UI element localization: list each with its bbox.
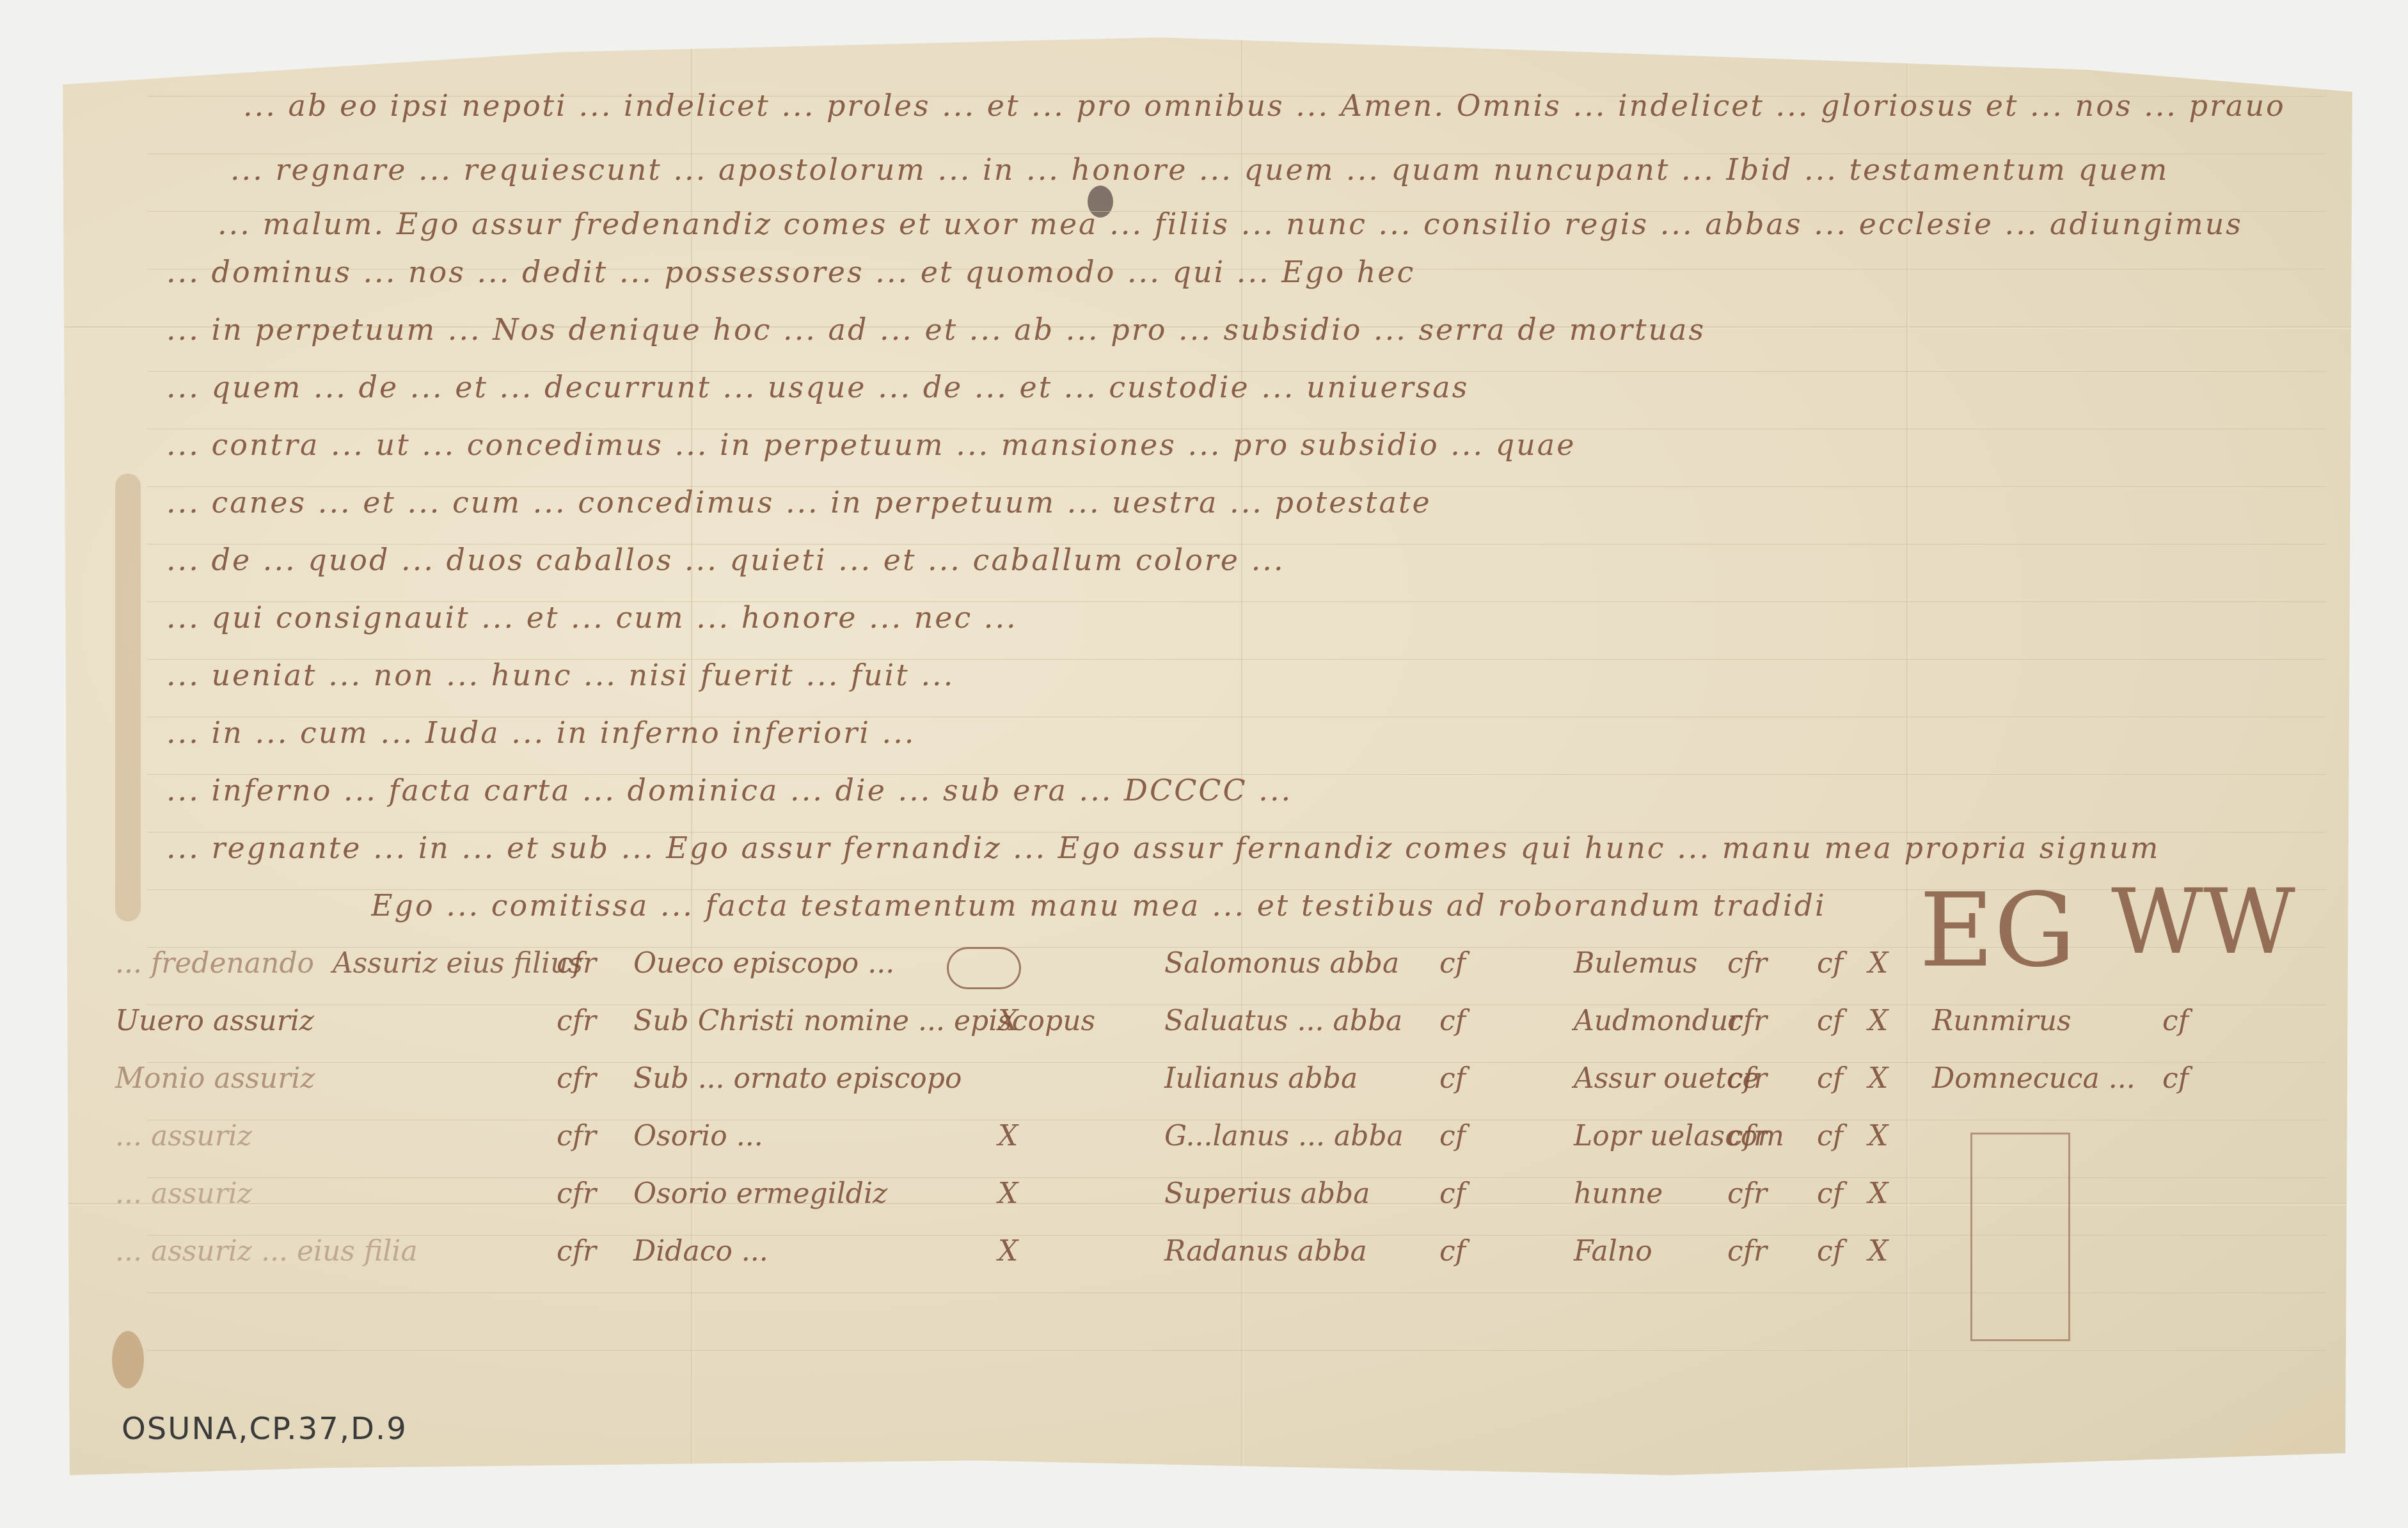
witness-mark: cfr (557, 1235, 596, 1268)
witness-layman: Bulemus (1574, 947, 1697, 980)
witness-bishop: Sub ... ornato episcopo (633, 1062, 962, 1095)
signatory-top: Assuriz eius filius (333, 947, 583, 980)
witness-mark: cf (1439, 1235, 1466, 1268)
text-line-12: ... in ... cum ... Iuda ... in inferno i… (166, 713, 2287, 752)
text-line-13: ... inferno ... facta carta ... dominica… (166, 771, 2287, 809)
cross-mark: X (998, 1120, 1018, 1152)
witness-mark: cf (1439, 1177, 1466, 1210)
signatory-left: ... assuriz (115, 1177, 252, 1210)
cross-mark: X (1868, 1177, 1888, 1210)
witness-right: Domnecuca ... (1932, 1062, 2135, 1095)
witness-layman: Falno (1574, 1235, 1652, 1268)
witness-abbot: Salomonus abba (1164, 947, 1399, 980)
witness-mark: cf (2162, 1005, 2189, 1037)
witness-mark: cf (1817, 1005, 1843, 1037)
witness-abbot: Iulianus abba (1164, 1062, 1358, 1095)
monogram-left: EG (1919, 870, 2076, 990)
fold-line (691, 26, 693, 1497)
witness-mark: cfr (1727, 1120, 1767, 1152)
text-line-10: ... qui consignauit ... et ... cum ... h… (166, 598, 2287, 637)
witness-mark: cf (1817, 947, 1843, 980)
fold-line (1241, 26, 1244, 1497)
witness-abbot: Saluatus ... abba (1164, 1005, 1402, 1037)
witness-mark: cfr (1727, 1177, 1767, 1210)
cross-mark: X (1868, 1235, 1888, 1268)
ruled-sign-box (1970, 1133, 2070, 1341)
fold-line (1906, 26, 1909, 1497)
witness-mark: cfr (557, 1177, 596, 1210)
witness-right: Runmirus (1932, 1005, 2071, 1037)
chrismon-sign (947, 947, 1021, 989)
cross-mark: X (1868, 947, 1888, 980)
text-line-5: ... in perpetuum ... Nos denique hoc ...… (166, 310, 2287, 349)
witness-mark: cfr (557, 1120, 596, 1152)
signatory-left: ... fredenando (115, 947, 314, 980)
text-line-3: ... malum. Ego assur fredenandiz comes e… (218, 205, 2287, 243)
monogram-right: WW (2111, 870, 2295, 975)
signatory-left: Uuero assuriz (115, 1005, 314, 1037)
witness-mark: cf (1817, 1120, 1843, 1152)
text-line-9: ... de ... quod ... duos caballos ... qu… (166, 541, 2287, 579)
cross-mark: X (998, 1235, 1018, 1268)
witness-abbot: Superius abba (1164, 1177, 1370, 1210)
text-line-8: ... canes ... et ... cum ... concedimus … (166, 483, 2287, 521)
witness-abbot: G...lanus ... abba (1164, 1120, 1404, 1152)
witness-bishop: Didaco ... (633, 1235, 768, 1268)
text-line-7: ... contra ... ut ... concedimus ... in … (166, 426, 2287, 464)
witness-bishop: Oueco episcopo ... (633, 947, 894, 980)
text-line-2: ... regnare ... requiescunt ... apostolo… (230, 150, 2287, 189)
cross-mark: X (1868, 1120, 1888, 1152)
text-line-4: ... dominus ... nos ... dedit ... posses… (166, 253, 2287, 291)
witness-mark: cfr (1727, 947, 1767, 980)
witness-mark: cf (2162, 1062, 2189, 1095)
parchment-charter: ... ab eo ipsi nepoti ... indelicet ... … (51, 26, 2364, 1497)
water-stain (115, 474, 141, 921)
witness-mark: cf (1439, 1005, 1466, 1037)
signatory-left: Monio assuriz (115, 1062, 315, 1095)
cross-mark: X (1868, 1062, 1888, 1095)
witness-mark: cfr (557, 1005, 596, 1037)
witness-layman: Audmondur (1574, 1005, 1741, 1037)
witness-mark: cf (1439, 947, 1466, 980)
witness-mark: cf (1439, 1120, 1466, 1152)
cross-mark: X (998, 1177, 1018, 1210)
witness-abbot: Radanus abba (1164, 1235, 1367, 1268)
witness-mark: cfr (1727, 1235, 1767, 1268)
text-line-6: ... quem ... de ... et ... decurrunt ...… (166, 368, 2287, 406)
text-line-1: ... ab eo ipsi nepoti ... indelicet ... … (243, 86, 2287, 125)
witness-mark: cfr (557, 1062, 596, 1095)
cross-mark: X (1868, 1005, 1888, 1037)
witness-bishop: Osorio ... (633, 1120, 763, 1152)
witness-bishop: Sub Christi nomine ... episcopus (633, 1005, 1095, 1037)
text-line-11: ... ueniat ... non ... hunc ... nisi fue… (166, 656, 2287, 694)
text-line-14: ... regnante ... in ... et sub ... Ego a… (166, 829, 2287, 867)
shelfmark-label: OSUNA,CP.37,D.9 (122, 1411, 408, 1447)
witness-mark: cfr (557, 947, 596, 980)
witness-mark: cf (1817, 1177, 1843, 1210)
witness-bishop: Osorio ermegildiz (633, 1177, 887, 1210)
signatory-left: ... assuriz (115, 1120, 252, 1152)
witness-mark: cf (1817, 1235, 1843, 1268)
cross-mark: X (998, 1005, 1018, 1037)
witness-mark: cf (1817, 1062, 1843, 1095)
water-stain (112, 1331, 144, 1389)
witness-layman: hunne (1574, 1177, 1663, 1210)
signatory-left: ... assuriz ... eius filia (115, 1235, 418, 1268)
witness-mark: cfr (1727, 1062, 1767, 1095)
witness-mark: cfr (1727, 1005, 1767, 1037)
witness-mark: cf (1439, 1062, 1466, 1095)
